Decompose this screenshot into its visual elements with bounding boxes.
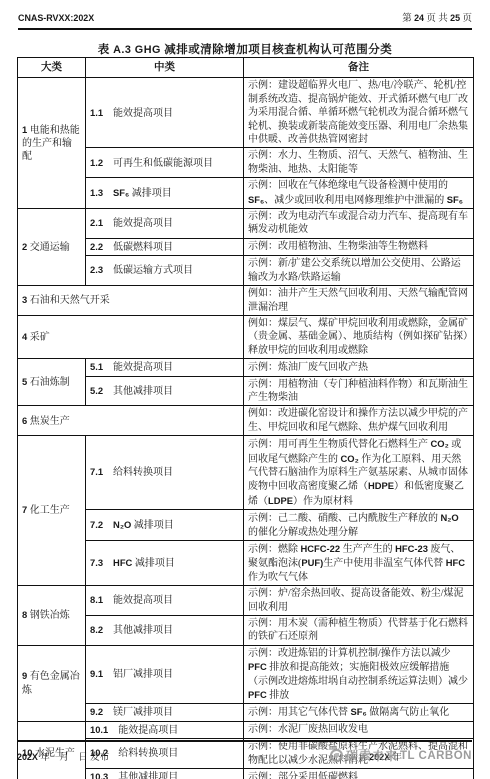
watermark: 碳索未来 TL CARBON xyxy=(330,747,472,764)
remark-cell: 示例：用可再生生物质代替化石燃料生产 CO₂ 或回收尾气燃除产生的 CO₂ 作为… xyxy=(244,436,474,510)
remark-cell: 例如：改进碳化窑设计和操作方法以减少甲烷的产生、甲烷回收和尾气燃除、焦炉煤气回收… xyxy=(244,406,474,436)
table-row: 7.2 N₂O 减排项目示例：己二酸、硝酸、己内酰胺生产释放的 N₂O 的催化分… xyxy=(18,510,474,541)
table-row: 10 水泥生产10.1 能效提高项目示例：水泥厂废热回收发电 xyxy=(18,721,474,738)
table-row: 9.2 镁厂减排项目示例：用其它气体代替 SF₆ 做隔离气防止氧化 xyxy=(18,704,474,721)
subcategory-cell: 1.1 能效提高项目 xyxy=(86,78,244,148)
col-header-major-category: 大类 xyxy=(18,58,86,78)
col-header-middle-category: 中类 xyxy=(86,58,244,78)
table-row: 7.3 HFC 减排项目示例：燃除 HCFC-22 生产产生的 HFC-23 废… xyxy=(18,541,474,586)
subcategory-cell: 7.1 给料转换项目 xyxy=(86,436,244,510)
remark-cell: 示例：改进炼铝的计算机控制/操作方法以减少 PFC 排放和提高能效；实施阳极效应… xyxy=(244,645,474,704)
remark-cell: 示例：己二酸、硝酸、己内酰胺生产释放的 N₂O 的催化分解或热处理分解 xyxy=(244,510,474,541)
page-header: CNAS-RVXX:202X 第 24 页 共 25 页 xyxy=(18,10,472,30)
watermark-logo-icon xyxy=(330,749,343,762)
table-row: 3 石油和天然气开采例如：油井产生天然气回收利用、天然气输配管网泄漏治理 xyxy=(18,286,474,316)
subcategory-cell: 8.2 其他减排项目 xyxy=(86,616,244,646)
table-header-row: 大类 中类 备注 xyxy=(18,58,474,78)
table-row: 1 电能和热能的生产和输配1.1 能效提高项目示例：建设超临界火电厂、热/电/冷… xyxy=(18,78,474,148)
table-row: 2 交通运输2.1 能效提高项目示例：改为电动汽车或混合动力汽车、提高现有车辆发… xyxy=(18,209,474,239)
subcategory-cell: 2.2 低碳燃料项目 xyxy=(86,238,244,255)
issue-date: 202X 年 月 日 发布 xyxy=(17,749,109,763)
remark-cell: 示例：回收在气体绝缘电气设备检测中使用的 SF₆、减少或回收利用电网修理维护中泄… xyxy=(244,178,474,209)
subcategory-cell: 8.1 能效提高项目 xyxy=(86,586,244,616)
remark-cell: 例如：油井产生天然气回收利用、天然气输配管网泄漏治理 xyxy=(244,286,474,316)
table-row: 1.2 可再生和低碳能源项目示例：水力、生物质、沼气、天然气、植物油、生物柴油、… xyxy=(18,148,474,178)
table-row: 1.3 SF₆ 减排项目示例：回收在气体绝缘电气设备检测中使用的 SF₆、减少或… xyxy=(18,178,474,209)
remark-cell: 示例：炉/窑余热回收、提高设备能效、粉尘/煤泥回收利用 xyxy=(244,586,474,616)
category-cell: 6 焦炭生产 xyxy=(18,406,244,436)
table-title: 表 A.3 GHG 减排或清除增加项目核查机构认可范围分类 xyxy=(0,41,490,57)
table-row: 2.2 低碳燃料项目示例：改用植物油、生物柴油等生物燃料 xyxy=(18,238,474,255)
subcategory-cell: 2.3 低碳运输方式项目 xyxy=(86,256,244,286)
category-cell: 4 采矿 xyxy=(18,315,244,358)
classification-table: 大类 中类 备注 1 电能和热能的生产和输配1.1 能效提高项目示例：建设超临界… xyxy=(17,57,474,779)
table-row: 7 化工生产7.1 给料转换项目示例：用可再生生物质代替化石燃料生产 CO₂ 或… xyxy=(18,436,474,510)
subcategory-cell: 1.3 SF₆ 减排项目 xyxy=(86,178,244,209)
category-cell: 9 有色金属冶炼 xyxy=(18,645,86,721)
page-indicator: 第 24 页 共 25 页 xyxy=(402,10,472,24)
remark-cell: 示例：部分采用低碳燃料 xyxy=(244,769,474,779)
remark-cell: 示例：用植物油（专门种植油料作物）和瓦斯油生产生物柴油 xyxy=(244,376,474,406)
table-row: 4 采矿例如：煤层气、煤矿甲烷回收利用或燃除，金属矿（贵金属、基础金属）、地质结… xyxy=(18,315,474,358)
col-header-remarks: 备注 xyxy=(244,58,474,78)
remark-cell: 示例：改为电动汽车或混合动力汽车、提高现有车辆发动机能效 xyxy=(244,209,474,239)
subcategory-cell: 10.1 能效提高项目 xyxy=(86,721,244,738)
watermark-text-cn: 碳索未来 xyxy=(346,747,398,764)
table-row: 9 有色金属冶炼9.1 铝厂减排项目示例：改进炼铝的计算机控制/操作方法以减少 … xyxy=(18,645,474,704)
remark-cell: 示例：用其它气体代替 SF₆ 做隔离气防止氧化 xyxy=(244,704,474,721)
category-cell: 5 石油炼制 xyxy=(18,359,86,406)
remark-cell: 示例：新/扩建公交系统以增加公交使用、公路运输改为水路/铁路运输 xyxy=(244,256,474,286)
category-cell: 3 石油和天然气开采 xyxy=(18,286,244,316)
watermark-text-en: TL CARBON xyxy=(400,750,472,762)
category-cell: 2 交通运输 xyxy=(18,209,86,286)
subcategory-cell: 5.2 其他减排项目 xyxy=(86,376,244,406)
subcategory-cell: 9.2 镁厂减排项目 xyxy=(86,704,244,721)
table-row: 8.2 其他减排项目示例：用木炭（需种植生物质）代替基于化石燃料的铁矿石还原剂 xyxy=(18,616,474,646)
table-row: 6 焦炭生产例如：改进碳化窑设计和操作方法以减少甲烷的产生、甲烷回收和尾气燃除、… xyxy=(18,406,474,436)
remark-cell: 示例：改用植物油、生物柴油等生物燃料 xyxy=(244,238,474,255)
subcategory-cell: 1.2 可再生和低碳能源项目 xyxy=(86,148,244,178)
remark-cell: 示例：炼油厂废气回收产热 xyxy=(244,359,474,376)
doc-code: CNAS-RVXX:202X xyxy=(18,13,94,24)
remark-cell: 示例：用木炭（需种植生物质）代替基于化石燃料的铁矿石还原剂 xyxy=(244,616,474,646)
category-cell: 8 钢铁冶炼 xyxy=(18,586,86,646)
table-row: 5 石油炼制5.1 能效提高项目示例：炼油厂废气回收产热 xyxy=(18,359,474,376)
remark-cell: 示例：水力、生物质、沼气、天然气、植物油、生物柴油、地热、太阳能等 xyxy=(244,148,474,178)
subcategory-cell: 5.1 能效提高项目 xyxy=(86,359,244,376)
document-page: CNAS-RVXX:202X 第 24 页 共 25 页 表 A.3 GHG 减… xyxy=(0,0,490,779)
remark-cell: 示例：燃除 HCFC-22 生产产生的 HFC-23 废气、聚氨酯泡沫(PUF)… xyxy=(244,541,474,586)
table-row: 2.3 低碳运输方式项目示例：新/扩建公交系统以增加公交使用、公路运输改为水路/… xyxy=(18,256,474,286)
remark-cell: 示例：建设超临界火电厂、热/电/冷联产、轮机/控制系统改造、提高锅炉能效、开式循… xyxy=(244,78,474,148)
table-row: 5.2 其他减排项目示例：用植物油（专门种植油料作物）和瓦斯油生产生物柴油 xyxy=(18,376,474,406)
subcategory-cell: 9.1 铝厂减排项目 xyxy=(86,645,244,704)
page-footer: 202X 年 月 日 发布 202X 年 碳索未来 TL CARBON xyxy=(17,740,472,742)
category-cell: 1 电能和热能的生产和输配 xyxy=(18,78,86,209)
subcategory-cell: 10.2 给料转换项目 xyxy=(86,739,244,769)
subcategory-cell: 7.2 N₂O 减排项目 xyxy=(86,510,244,541)
table-row: 8 钢铁冶炼8.1 能效提高项目示例：炉/窑余热回收、提高设备能效、粉尘/煤泥回… xyxy=(18,586,474,616)
table-row: 10.3 其他减排项目示例：部分采用低碳燃料 xyxy=(18,769,474,779)
subcategory-cell: 2.1 能效提高项目 xyxy=(86,209,244,239)
subcategory-cell: 7.3 HFC 减排项目 xyxy=(86,541,244,586)
remark-cell: 示例：水泥厂废热回收发电 xyxy=(244,721,474,738)
category-cell: 7 化工生产 xyxy=(18,436,86,586)
subcategory-cell: 10.3 其他减排项目 xyxy=(86,769,244,779)
remark-cell: 例如：煤层气、煤矿甲烷回收利用或燃除，金属矿（贵金属、基础金属）、地质结构（例如… xyxy=(244,315,474,358)
